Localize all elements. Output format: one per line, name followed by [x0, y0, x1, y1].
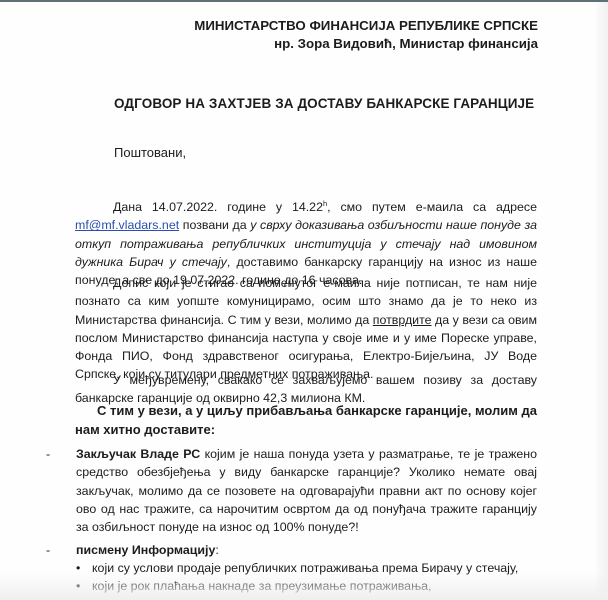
- request-bold: писмену Информацију: [76, 543, 215, 557]
- page-edge-shadow: [596, 2, 608, 600]
- p2-underlined: потврдите: [373, 313, 432, 327]
- request-item: - писмену Информацију:: [46, 541, 537, 559]
- p4-text: С тим у вези, а у циљу прибављања банкар…: [75, 403, 537, 437]
- recipient-name: нр. Зора Видовић, Министар финансија: [274, 35, 538, 52]
- bottom-fade: [0, 572, 608, 600]
- p1-after-time: , смо путем е-маила са адресе: [327, 200, 537, 214]
- p3-text: У међувремену, свакако се захваљујемо ва…: [75, 373, 537, 405]
- greeting: Поштовани,: [114, 145, 186, 160]
- paragraph-2: Допис који је стигао са поменутог е-маил…: [75, 274, 537, 384]
- dash-marker: -: [46, 445, 50, 463]
- p1-intro: Дана 14.07.2022. године у 14.22: [113, 200, 323, 214]
- request-text: :: [215, 543, 218, 557]
- document-title: ОДГОВОР НА ЗАХТЈЕВ ЗА ДОСТАВУ БАНКАРСКЕ …: [114, 96, 534, 111]
- request-bold: Закључак Владе РС: [76, 447, 200, 461]
- request-item: - Закључак Владе РС којим је наша понуда…: [46, 445, 537, 536]
- ministry-name: МИНИСТАРСТВО ФИНАНСИЈА РЕПУБЛИКЕ СРПСКЕ: [194, 17, 538, 34]
- p1-after-email: позвани да: [179, 218, 250, 232]
- paragraph-4: С тим у вези, а у циљу прибављања банкар…: [75, 402, 537, 439]
- dash-marker: -: [46, 541, 50, 559]
- email-link[interactable]: mf@mf.vladars.net: [75, 218, 179, 232]
